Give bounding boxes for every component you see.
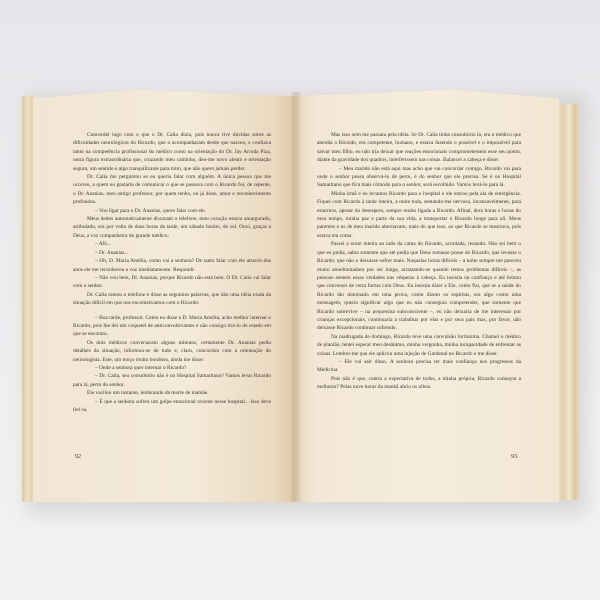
paragraph: – Onde a senhora quer internar o Ricardo… <box>73 364 271 372</box>
right-page-number: 93 <box>511 454 517 460</box>
paragraph: – Dr. Ananias... <box>73 249 271 257</box>
paragraph: Mas isso nem me passara pela idéia. Se D… <box>317 131 521 165</box>
paragraph: Passei a noite inteira ao lado da cama d… <box>317 240 521 332</box>
open-book: Concordei logo com o que o Dr. Calia diz… <box>0 0 600 600</box>
paragraph: – Alô... <box>73 240 271 248</box>
paragraph: Meus dedos automaticamente discaram o te… <box>73 215 271 240</box>
left-page-text: Concordei logo com o que o Dr. Calia diz… <box>73 131 271 414</box>
right-page: Mas isso nem me passara pela idéia. Se D… <box>295 90 559 502</box>
paragraph: – Ele vai sair disso. A senhora precisa … <box>317 358 521 375</box>
paragraph: – Não vou bem, Dr. Ananias, porque Ricar… <box>73 274 271 291</box>
book-gutter <box>290 92 302 502</box>
right-page-text: Mas isso nem me passara pela idéia. Se D… <box>317 131 521 392</box>
book-edge-right <box>557 104 579 500</box>
paragraph: Pois não é que, contra a expectativa de … <box>317 375 521 392</box>
paragraph: Dr. Calia tomou o telefone e disse as se… <box>73 291 271 308</box>
paragraph: – É que a senhora sofreu um golpe emocio… <box>73 398 271 415</box>
paragraph: – Boa tarde, professor. Como eu disse a … <box>73 314 271 339</box>
paragraph: – Dr. Calia, seu consultório não é no Ho… <box>73 372 271 389</box>
paragraph: Concordei logo com o que o Dr. Calia diz… <box>73 131 271 173</box>
paragraph: Dr. Calia me perguntou se eu queria fala… <box>73 173 271 207</box>
paragraph: – Meu marido não está aqui mas acho que … <box>317 165 521 190</box>
paragraph: Ele vacilou um instante, lembrando da mo… <box>73 389 271 397</box>
paragraph: Minha irmã e eu levamos Ricardo para o h… <box>317 190 521 240</box>
paragraph: – Vou ligar para o Dr. Ananias, quero fa… <box>73 207 271 215</box>
left-page-number: 92 <box>75 454 81 460</box>
left-page: Concordei logo com o que o Dr. Calia diz… <box>33 90 295 502</box>
paragraph: Na madrugada de domingo, Ricardo teve um… <box>317 333 521 358</box>
paragraph: Os dois médicos conversaram alguns minut… <box>73 339 271 364</box>
paragraph: – Oh, D. Maria Amélia, como vai a senhor… <box>73 257 271 274</box>
